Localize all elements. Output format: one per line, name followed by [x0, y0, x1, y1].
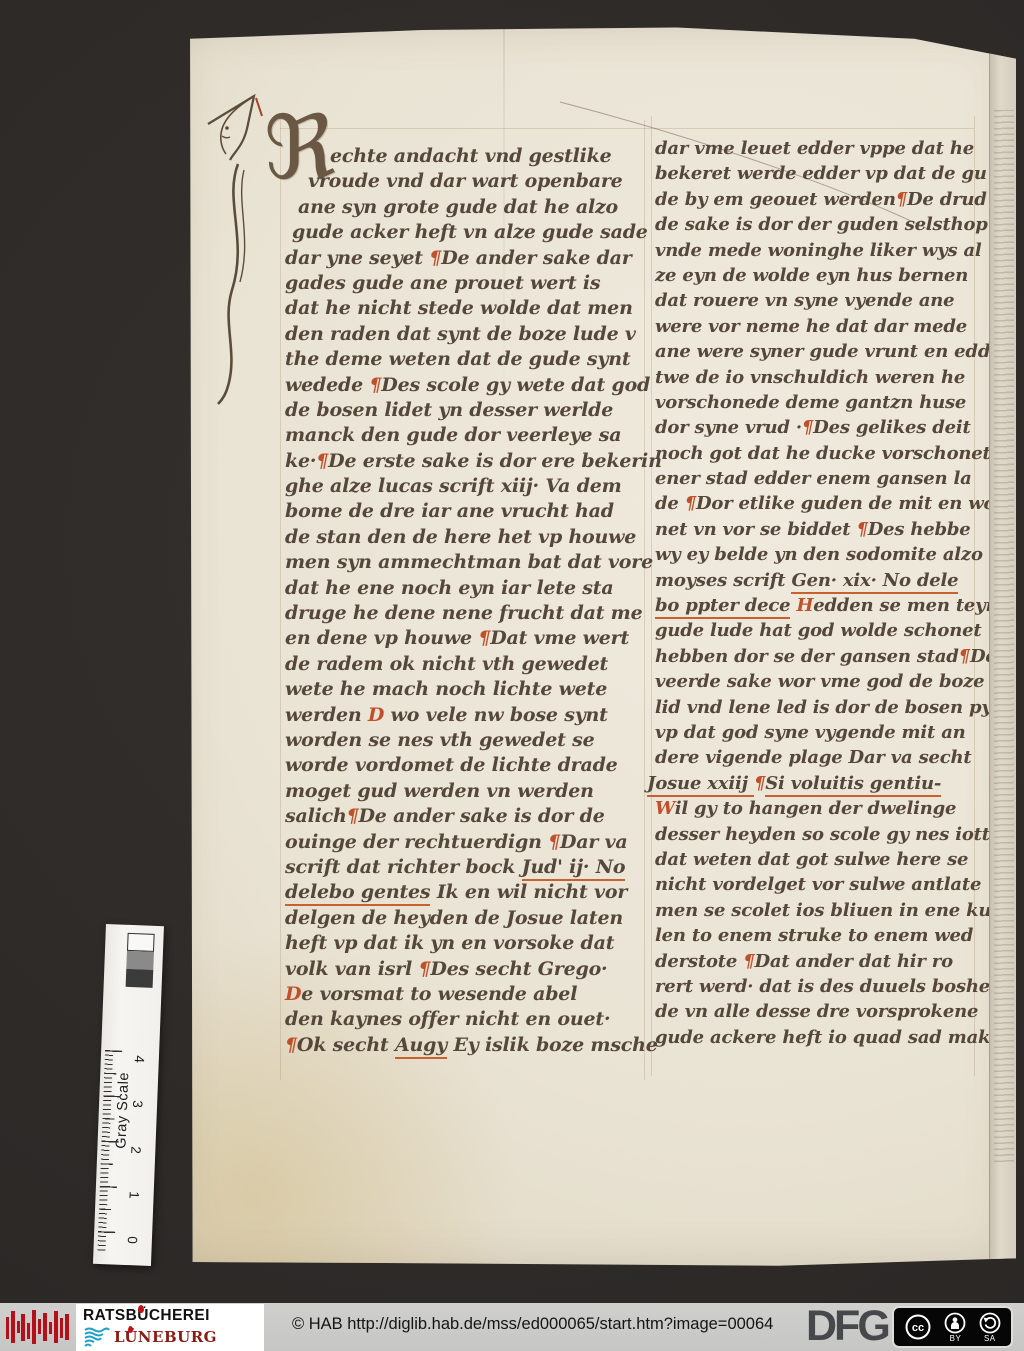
manuscript-line: wy ey belde yn den sodomite alzo: [655, 542, 977, 567]
ruling-line-vertical: [651, 116, 652, 1076]
red-drop-umlaut: [138, 1305, 144, 1313]
digitized-manuscript-viewer: { "manuscript": { "initial": "R", "initi…: [0, 0, 1024, 1351]
manuscript-line: den kaynes offer nicht en ouet·: [285, 1007, 641, 1032]
manuscript-line: bo ppter dece Hedden se men teyn: [655, 593, 977, 618]
manuscript-line: gades gude ane prouet wert is: [285, 271, 641, 296]
manuscript-line: men syn ammechtman bat dat vore: [285, 550, 641, 575]
manuscript-line: ouinge der rechtuerdign ¶Dar va: [285, 830, 641, 855]
manuscript-column-right: dar vme leuet edder vppe dat hebekeret w…: [655, 136, 977, 1050]
manuscript-line: ke·¶De erste sake is dor ere bekerin: [285, 449, 641, 474]
grayscale-ruler: Gray Scale 43210: [93, 924, 164, 1266]
manuscript-line: moget gud werden vn werden: [285, 779, 641, 804]
manuscript-line: dat he ene noch eyn iar lete sta: [285, 576, 641, 601]
manuscript-line: de vn alle desse dre vorsprokene: [655, 999, 977, 1024]
ruler-number: 1: [125, 1191, 142, 1208]
manuscript-line: veerde sake wor vme god de boze: [655, 669, 977, 694]
manuscript-line: wete he mach noch lichte wete: [285, 677, 641, 702]
manuscript-line: dar vme leuet edder vppe dat he: [655, 136, 977, 161]
manuscript-line: ¶Ok secht Augy Ey islik boze msche: [285, 1033, 641, 1058]
manuscript-line: salich¶De ander sake is dor de: [285, 804, 641, 829]
library-name: RATSBÜCHEREI: [83, 1307, 210, 1325]
manuscript-line: Josue xxiij ¶Si voluitis gentiu-: [647, 771, 977, 796]
manuscript-line: len to enem struke to enem wed: [655, 923, 977, 948]
manuscript-line: werden D wo vele nw bose synt: [285, 703, 641, 728]
ruling-line-vertical: [644, 120, 645, 1080]
manuscript-page: ℜ echte andacht vnd gestlikevroude vnd d…: [168, 20, 1016, 1272]
manuscript-line: bekeret werde edder vp dat de gu: [655, 161, 977, 186]
manuscript-line: Wil gy to hangen der dwelinge: [655, 796, 977, 821]
manuscript-line: manck den gude dor veerleye sa: [285, 423, 641, 448]
next-folio-edge: [989, 20, 1016, 1272]
ruler-number: 4: [130, 1055, 147, 1072]
ruling-line-horizontal: [280, 128, 974, 129]
manuscript-line: delgen de heyden de Josue laten: [285, 906, 641, 931]
cc-sa-label: SA: [984, 1334, 996, 1343]
attribution-text: © HAB http://diglib.hab.de/mss/ed000065/…: [292, 1315, 722, 1334]
patch-white: [127, 933, 155, 952]
manuscript-line: ane syn grote gude dat he alzo: [298, 195, 641, 220]
ratsbuecherei-bars-logo: [5, 1308, 71, 1346]
manuscript-line: volk van isrl ¶Des secht Grego·: [285, 957, 641, 982]
ruler-number: 3: [129, 1100, 146, 1117]
patch-dark-gray: [126, 969, 154, 988]
manuscript-line: vorschonede deme gantzn huse: [655, 390, 977, 415]
ratsbuecherei-logo-box: RATSBÜCHEREI LÜNEBURG: [76, 1304, 264, 1351]
manuscript-line: desser heyden so scole gy nes iotto: [655, 822, 977, 847]
manuscript-line: vnde mede woninghe liker wys al: [655, 238, 977, 263]
manuscript-line: dor syne vrud ·¶Des gelikes deit: [655, 415, 977, 440]
manuscript-line: dat weten dat got sulwe here se: [655, 847, 977, 872]
manuscript-line: ghe alze lucas scrift xiij· Va dem: [285, 474, 641, 499]
manuscript-line: echte andacht vnd gestlike: [330, 144, 641, 169]
manuscript-line: De vorsmat to wesende abel: [285, 982, 641, 1007]
manuscript-line: ane were syner gude vrunt en edd': [655, 339, 977, 364]
manuscript-line: dar yne seyet ¶De ander sake dar: [285, 246, 641, 271]
manuscript-line: twe de io vnschuldich weren he: [655, 365, 977, 390]
manuscript-line: lid vnd lene led is dor de bosen pyne: [655, 695, 977, 720]
dfg-logo: DFG: [806, 1300, 888, 1351]
manuscript-line: de radem ok nicht vth gewedet: [285, 652, 641, 677]
manuscript-line: wedede ¶Des scole gy wete dat god: [285, 373, 641, 398]
manuscript-line: moyses scrift Gen· xix· No dele: [655, 568, 977, 593]
manuscript-line: derstote ¶Dat ander dat hir ro: [655, 949, 977, 974]
manuscript-line: net vn vor se biddet ¶Des hebbe: [655, 517, 977, 542]
manuscript-line: den raden dat synt de boze lude v: [285, 322, 641, 347]
manuscript-line: vroude vnd dar wart openbare: [308, 169, 641, 194]
manuscript-line: ze eyn de wolde eyn hus bernen: [655, 263, 977, 288]
manuscript-line: were vor neme he dat dar mede: [655, 314, 977, 339]
lueneburg-wave-icon: [84, 1327, 110, 1347]
ruler-number: 0: [123, 1236, 140, 1253]
svg-text:cc: cc: [912, 1322, 924, 1334]
manuscript-line: scrift dat richter bock Jud' ij· No: [285, 855, 641, 880]
manuscript-line: gude acker heft vn alze gude sade: [292, 220, 641, 245]
red-drop-umlaut-city: [128, 1326, 133, 1333]
manuscript-line: dere vigende plage Dar va secht: [655, 745, 977, 770]
manuscript-line: dat rouere vn syne vyende ane: [655, 288, 977, 313]
cc-icon: cc: [904, 1313, 932, 1341]
patch-mid-gray: [126, 951, 154, 970]
manuscript-line: en dene vp houwe ¶Dat vme wert: [285, 626, 641, 651]
manuscript-line: men se scolet ios bliuen in ene ku: [655, 898, 977, 923]
manuscript-line: dat he nicht stede wolde dat men: [285, 296, 641, 321]
manuscript-line: gude lude hat god wolde schonet: [655, 618, 977, 643]
manuscript-line: de ¶Dor etlike guden de mit en wo: [655, 491, 977, 516]
manuscript-line: nicht vordelget vor sulwe antlate: [655, 872, 977, 897]
cc-by-icon: BY: [944, 1312, 966, 1343]
manuscript-line: gude ackere heft io quad sad mak: [655, 1025, 977, 1050]
manuscript-line: de stan den de here het vp houwe: [285, 525, 641, 550]
grayscale-patches: [126, 933, 155, 988]
manuscript-line: delebo gentes Ik en wil nicht vor: [285, 880, 641, 905]
next-folio-ghost-text: [994, 110, 1014, 1162]
manuscript-line: noch got dat he ducke vorschonet: [655, 441, 977, 466]
ruler-number: 2: [127, 1146, 144, 1163]
manuscript-line: heft vp dat ik yn en vorsoke dat: [285, 931, 641, 956]
manuscript-line: the deme weten dat de gude synt: [285, 347, 641, 372]
manuscript-line: ener stad edder enem gansen la: [655, 466, 977, 491]
manuscript-line: bome de dre iar ane vrucht had: [285, 499, 641, 524]
manuscript-line: druge he dene nene frucht dat me: [285, 601, 641, 626]
manuscript-line: rert werd· dat is des duuels bosheit: [655, 974, 977, 999]
cc-license-badge: cc BY SA: [892, 1306, 1013, 1348]
ruler-numbers: 43210: [106, 924, 164, 926]
manuscript-line: de bosen lidet yn desser werlde: [285, 398, 641, 423]
manuscript-line: de sake is dor der guden selsthop: [655, 212, 977, 237]
cc-by-label: BY: [950, 1334, 962, 1343]
cc-sa-icon: SA: [979, 1312, 1001, 1343]
manuscript-line: worde vordomet de lichte drade: [285, 753, 641, 778]
manuscript-line: de by em geouet werden¶De drud: [655, 187, 977, 212]
manuscript-line: worden se nes vth gewedet se: [285, 728, 641, 753]
manuscript-line: vp dat god syne vygende mit an: [655, 720, 977, 745]
manuscript-line: hebben dor se der gansen stad¶De: [655, 644, 977, 669]
manuscript-column-left: echte andacht vnd gestlikevroude vnd dar…: [285, 144, 641, 1058]
